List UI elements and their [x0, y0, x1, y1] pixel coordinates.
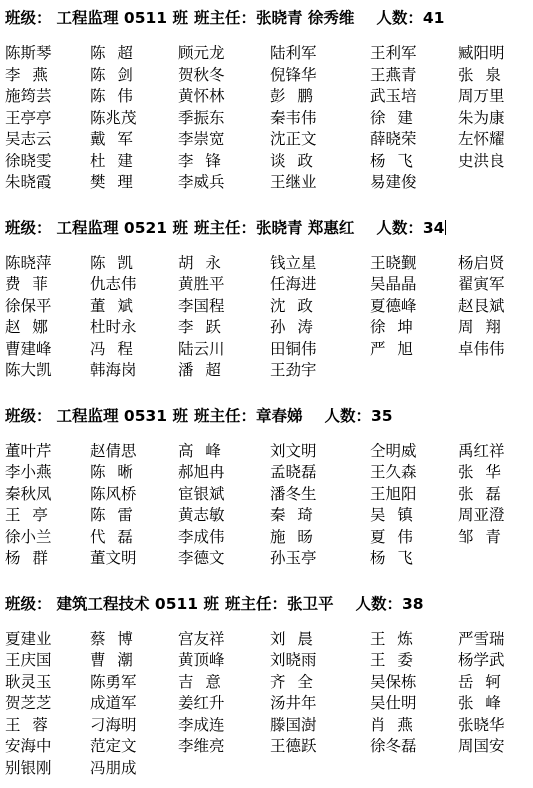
student-name: 李 锋	[178, 151, 270, 173]
student-name: 刘晓雨	[270, 650, 370, 672]
name-row: 王 亭陈 雷黄志敏秦 琦吴 镇周亚澄	[5, 505, 533, 527]
student-name: 吴仕明	[370, 693, 458, 715]
student-name: 杨 飞	[370, 548, 458, 570]
student-name: 王 蓉	[5, 715, 90, 737]
student-name: 禹红祥	[458, 441, 533, 463]
name-row: 董叶芹赵倩思高 峰刘文明仝明威禹红祥	[5, 441, 533, 463]
student-name: 王久森	[370, 462, 458, 484]
class-header: 班级：工程监理 0521 班班主任：张晓青 郑惠红人数：34	[5, 218, 533, 238]
student-name: 王继业	[270, 172, 370, 194]
student-name: 姜红升	[178, 693, 270, 715]
student-name: 赵倩思	[90, 441, 178, 463]
name-row: 王亭亭陈兆茂季振东秦韦伟徐 建朱为康	[5, 108, 533, 130]
student-name: 陈兆茂	[90, 108, 178, 130]
student-name: 高 峰	[178, 441, 270, 463]
student-name: 张 泉	[458, 65, 533, 87]
student-name: 吴 镇	[370, 505, 458, 527]
student-name: 徐冬磊	[370, 736, 458, 758]
student-name: 李小燕	[5, 462, 90, 484]
student-name: 陈勇军	[90, 672, 178, 694]
student-name: 戴 军	[90, 129, 178, 151]
name-row: 陈斯琴陈 超顾元龙陆利军王利军臧阳明	[5, 43, 533, 65]
count-label: 人数：	[324, 407, 371, 425]
name-row: 费 菲仇志伟黄胜平任海进吴晶晶翟寅军	[5, 274, 533, 296]
student-name: 吴志云	[5, 129, 90, 151]
count-label: 人数：	[355, 595, 402, 613]
teachers: 张卫平	[287, 595, 334, 613]
student-name: 黄胜平	[178, 274, 270, 296]
count-label: 人数：	[376, 9, 423, 27]
class-name: 建筑工程技术 0511 班	[57, 595, 219, 613]
student-name: 贺秋冬	[178, 65, 270, 87]
student-name: 李威兵	[178, 172, 270, 194]
student-name: 王庆国	[5, 650, 90, 672]
teacher-label: 班主任：	[194, 9, 256, 27]
student-name: 薛晓荣	[370, 129, 458, 151]
name-row: 王庆国曹 潮黄顶峰刘晓雨王 委杨学武	[5, 650, 533, 672]
class-section: 班级：工程监理 0511 班班主任：张晓青 徐秀维人数：41陈斯琴陈 超顾元龙陆…	[5, 8, 533, 194]
student-name: 王晓觐	[370, 253, 458, 275]
student-name: 徐 坤	[370, 317, 458, 339]
student-name: 李崇宽	[178, 129, 270, 151]
student-name: 冯 程	[90, 339, 178, 361]
student-name: 贺芝芝	[5, 693, 90, 715]
class-section: 班级：工程监理 0531 班班主任：章春娣人数：35董叶芹赵倩思高 峰刘文明仝明…	[5, 406, 533, 570]
student-name: 赵 娜	[5, 317, 90, 339]
student-name: 仇志伟	[90, 274, 178, 296]
name-row: 秦秋凤陈风桥宦银斌潘冬生王旭阳张 磊	[5, 484, 533, 506]
name-row: 陈大凯韩海岗潘 超王劲宇	[5, 360, 533, 382]
name-row: 耿灵玉陈勇军吉 意齐 全吴保栋岳 轲	[5, 672, 533, 694]
student-name: 吴晶晶	[370, 274, 458, 296]
student-name: 李成连	[178, 715, 270, 737]
student-name: 周亚澄	[458, 505, 533, 527]
student-name: 杨学武	[458, 650, 533, 672]
class-header: 班级：工程监理 0531 班班主任：章春娣人数：35	[5, 406, 533, 426]
student-name: 秦韦伟	[270, 108, 370, 130]
student-name: 武玉培	[370, 86, 458, 108]
name-row: 施筠芸陈 伟黄怀林彭 鹏武玉培周万里	[5, 86, 533, 108]
student-name: 夏德峰	[370, 296, 458, 318]
name-row: 陈晓萍陈 凯胡 永钱立星王晓觐杨启贤	[5, 253, 533, 275]
student-name: 翟寅军	[458, 274, 533, 296]
class-label: 班级：	[5, 219, 52, 237]
name-row: 赵 娜杜时永李 跃孙 涛徐 坤周 翔	[5, 317, 533, 339]
student-name: 耿灵玉	[5, 672, 90, 694]
student-name: 董叶芹	[5, 441, 90, 463]
student-name: 严雪瑞	[458, 629, 533, 651]
student-name: 施筠芸	[5, 86, 90, 108]
name-row: 贺芝芝成道军姜红升汤井年吴仕明张 峰	[5, 693, 533, 715]
student-name: 徐保平	[5, 296, 90, 318]
student-name: 安海中	[5, 736, 90, 758]
student-name: 周万里	[458, 86, 533, 108]
student-name: 李 跃	[178, 317, 270, 339]
student-name: 夏 伟	[370, 527, 458, 549]
student-name: 史洪良	[458, 151, 533, 173]
student-name: 沈正文	[270, 129, 370, 151]
student-name: 李 燕	[5, 65, 90, 87]
student-name: 陈晓萍	[5, 253, 90, 275]
student-name: 谈 政	[270, 151, 370, 173]
class-label: 班级：	[5, 407, 52, 425]
student-name: 宫友祥	[178, 629, 270, 651]
student-name: 任海进	[270, 274, 370, 296]
student-name: 李德文	[178, 548, 270, 570]
student-name: 臧阳明	[458, 43, 533, 65]
name-row: 朱晓霞樊 理李威兵王继业易建俊	[5, 172, 533, 194]
student-name: 杨 群	[5, 548, 90, 570]
student-name: 代 磊	[90, 527, 178, 549]
class-name: 工程监理 0521 班	[57, 219, 188, 237]
student-name: 陈 凯	[90, 253, 178, 275]
student-name: 黄怀林	[178, 86, 270, 108]
student-name: 范定文	[90, 736, 178, 758]
student-name: 陈 晰	[90, 462, 178, 484]
student-name: 岳 轲	[458, 672, 533, 694]
student-name: 陆利军	[270, 43, 370, 65]
student-name: 秦秋凤	[5, 484, 90, 506]
student-name: 潘冬生	[270, 484, 370, 506]
student-name: 顾元龙	[178, 43, 270, 65]
student-name: 钱立星	[270, 253, 370, 275]
student-name: 王燕青	[370, 65, 458, 87]
count-label: 人数：	[376, 219, 423, 237]
student-name: 陈 超	[90, 43, 178, 65]
class-section: 班级：建筑工程技术 0511 班班主任：张卫平人数：38夏建业蔡 博宫友祥刘 晨…	[5, 594, 533, 780]
student-name: 王 亭	[5, 505, 90, 527]
document-page[interactable]: 班级：工程监理 0511 班班主任：张晓青 徐秀维人数：41陈斯琴陈 超顾元龙陆…	[0, 0, 533, 788]
teachers: 张晓青 徐秀维	[256, 9, 354, 27]
student-name: 赵艮斌	[458, 296, 533, 318]
teachers: 章春娣	[256, 407, 303, 425]
student-name: 刘 晨	[270, 629, 370, 651]
student-name: 张 华	[458, 462, 533, 484]
student-name: 肖 燕	[370, 715, 458, 737]
student-name: 陈 伟	[90, 86, 178, 108]
student-name: 王德跃	[270, 736, 370, 758]
student-name: 樊 理	[90, 172, 178, 194]
student-name: 张晓华	[458, 715, 533, 737]
student-name: 董文明	[90, 548, 178, 570]
student-name: 滕国澍	[270, 715, 370, 737]
student-name: 齐 全	[270, 672, 370, 694]
student-name: 杜时永	[90, 317, 178, 339]
student-name: 徐晓雯	[5, 151, 90, 173]
student-name: 潘 超	[178, 360, 270, 382]
student-name: 陈 剑	[90, 65, 178, 87]
student-name: 卓伟伟	[458, 339, 533, 361]
teacher-label: 班主任：	[194, 407, 256, 425]
student-name: 李成伟	[178, 527, 270, 549]
student-name: 彭 鹏	[270, 86, 370, 108]
name-row: 夏建业蔡 博宫友祥刘 晨王 炼严雪瑞	[5, 629, 533, 651]
class-header: 班级：建筑工程技术 0511 班班主任：张卫平人数：38	[5, 594, 533, 614]
student-name: 陈 雷	[90, 505, 178, 527]
student-name: 张 峰	[458, 693, 533, 715]
student-name: 王 委	[370, 650, 458, 672]
student-name: 蔡 博	[90, 629, 178, 651]
student-name: 曹 潮	[90, 650, 178, 672]
teacher-label: 班主任：	[194, 219, 256, 237]
student-name: 季振东	[178, 108, 270, 130]
name-row: 徐小兰代 磊李成伟施 旸夏 伟邹 青	[5, 527, 533, 549]
student-name: 汤井年	[270, 693, 370, 715]
class-header: 班级：工程监理 0511 班班主任：张晓青 徐秀维人数：41	[5, 8, 533, 28]
teacher-label: 班主任：	[225, 595, 287, 613]
student-name: 邹 青	[458, 527, 533, 549]
name-row: 别银刚冯朋成	[5, 758, 533, 780]
student-name: 曹建峰	[5, 339, 90, 361]
student-name: 别银刚	[5, 758, 90, 780]
student-name: 秦 琦	[270, 505, 370, 527]
student-name: 李国程	[178, 296, 270, 318]
student-name: 王亭亭	[5, 108, 90, 130]
name-row: 安海中范定文李维亮王德跃徐冬磊周国安	[5, 736, 533, 758]
student-name: 徐 建	[370, 108, 458, 130]
student-name: 左怀耀	[458, 129, 533, 151]
count: 35	[371, 407, 393, 425]
student-name: 朱为康	[458, 108, 533, 130]
student-name: 费 菲	[5, 274, 90, 296]
student-name: 施 旸	[270, 527, 370, 549]
teachers: 张晓青 郑惠红	[256, 219, 354, 237]
student-name: 王 炼	[370, 629, 458, 651]
student-name: 陈风桥	[90, 484, 178, 506]
student-name: 刁海明	[90, 715, 178, 737]
student-name: 黄顶峰	[178, 650, 270, 672]
student-name: 周国安	[458, 736, 533, 758]
count: 41	[423, 9, 445, 27]
class-name: 工程监理 0531 班	[57, 407, 188, 425]
student-name: 徐小兰	[5, 527, 90, 549]
student-name: 刘文明	[270, 441, 370, 463]
name-row: 李小燕陈 晰郝旭冉孟晓磊王久森张 华	[5, 462, 533, 484]
student-name: 成道军	[90, 693, 178, 715]
student-name: 胡 永	[178, 253, 270, 275]
student-name: 吴保栋	[370, 672, 458, 694]
name-row: 徐晓雯杜 建李 锋谈 政杨 飞史洪良	[5, 151, 533, 173]
student-name: 孙玉亭	[270, 548, 370, 570]
student-name: 朱晓霞	[5, 172, 90, 194]
student-name: 黄志敏	[178, 505, 270, 527]
student-name: 吉 意	[178, 672, 270, 694]
student-name: 严 旭	[370, 339, 458, 361]
name-row: 李 燕陈 剑贺秋冬倪锋华王燕青张 泉	[5, 65, 533, 87]
student-name: 仝明威	[370, 441, 458, 463]
student-name: 董 斌	[90, 296, 178, 318]
student-name: 杨启贤	[458, 253, 533, 275]
student-name: 王利军	[370, 43, 458, 65]
student-name: 陈斯琴	[5, 43, 90, 65]
student-name: 倪锋华	[270, 65, 370, 87]
class-label: 班级：	[5, 9, 52, 27]
name-row: 曹建峰冯 程陆云川田铜伟严 旭卓伟伟	[5, 339, 533, 361]
student-name: 李维亮	[178, 736, 270, 758]
count: 38	[402, 595, 424, 613]
student-name: 孙 涛	[270, 317, 370, 339]
student-name: 陆云川	[178, 339, 270, 361]
student-name: 冯朋成	[90, 758, 178, 780]
student-name: 杨 飞	[370, 151, 458, 173]
student-name: 周 翔	[458, 317, 533, 339]
class-name: 工程监理 0511 班	[57, 9, 188, 27]
count: 34	[423, 219, 445, 237]
student-name: 沈 政	[270, 296, 370, 318]
student-name: 张 磊	[458, 484, 533, 506]
class-label: 班级：	[5, 595, 52, 613]
class-section: 班级：工程监理 0521 班班主任：张晓青 郑惠红人数：34陈晓萍陈 凯胡 永钱…	[5, 218, 533, 382]
text-cursor	[445, 220, 446, 235]
student-name: 易建俊	[370, 172, 458, 194]
name-row: 吴志云戴 军李崇宽沈正文薛晓荣左怀耀	[5, 129, 533, 151]
student-name: 杜 建	[90, 151, 178, 173]
student-name: 宦银斌	[178, 484, 270, 506]
student-name: 田铜伟	[270, 339, 370, 361]
name-row: 王 蓉刁海明李成连滕国澍肖 燕张晓华	[5, 715, 533, 737]
student-name: 郝旭冉	[178, 462, 270, 484]
student-name: 韩海岗	[90, 360, 178, 382]
name-row: 杨 群董文明李德文孙玉亭杨 飞	[5, 548, 533, 570]
student-name: 王劲宇	[270, 360, 370, 382]
student-name: 孟晓磊	[270, 462, 370, 484]
student-name: 陈大凯	[5, 360, 90, 382]
student-name: 王旭阳	[370, 484, 458, 506]
name-row: 徐保平董 斌李国程沈 政夏德峰赵艮斌	[5, 296, 533, 318]
student-name: 夏建业	[5, 629, 90, 651]
